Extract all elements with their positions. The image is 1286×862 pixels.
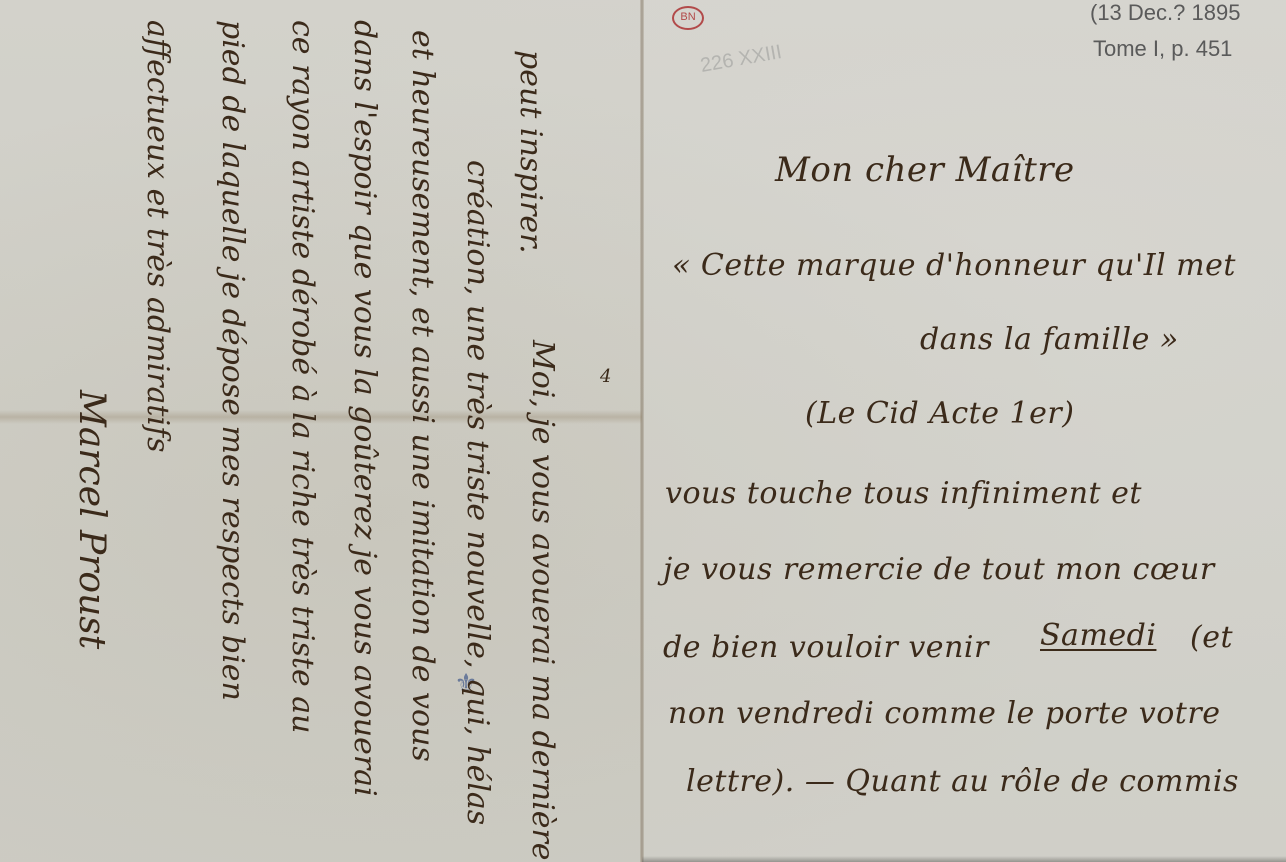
rotated-line: ce rayon artiste dérobé à la riche très …	[285, 20, 320, 733]
rotated-line: peut inspirer.	[513, 50, 548, 254]
signature: Marcel Proust	[71, 390, 112, 649]
right-page	[642, 0, 1286, 862]
letter-line: je vous remercie de tout mon cœur	[663, 552, 1215, 587]
rotated-line: affectueux et très admiratifs	[140, 20, 175, 453]
rotated-line: création, une très triste nouvelle, qui,…	[460, 160, 495, 825]
letter-line: (et	[1190, 620, 1233, 655]
library-stamp-icon: BN	[672, 6, 704, 30]
letter-line: de bien vouloir venir	[663, 630, 989, 665]
letter-line: « Cette marque d'honneur qu'Il met	[672, 248, 1236, 283]
letter-line: lettre). — Quant au rôle de commis	[686, 764, 1239, 799]
salutation: Mon cher Maître	[775, 150, 1075, 190]
letter-line: dans la famille »	[920, 322, 1179, 357]
vertical-fold-crease	[640, 0, 644, 862]
reference-annotation: Tome I, p. 451	[1093, 36, 1232, 62]
letter-line: non vendredi comme le porte votre	[668, 696, 1220, 731]
rotated-line: Moi, je vous avouerai ma dernière	[525, 340, 560, 861]
paper-bottom-edge	[642, 856, 1286, 862]
underlined-word-samedi: Samedi	[1040, 618, 1156, 653]
letter-line: (Le Cid Acte 1er)	[805, 396, 1074, 431]
letter-scan: BN 226 XXIII (13 Dec.? 1895 Tome I, p. 4…	[0, 0, 1286, 862]
rotated-line: et heureusement, et aussi une imitation …	[405, 30, 440, 762]
rotated-line: pied de laquelle je dépose mes respects …	[215, 20, 250, 701]
date-annotation: (13 Dec.? 1895	[1090, 0, 1240, 26]
page-number: 4	[600, 366, 612, 387]
letter-line: vous touche tous infiniment et	[665, 476, 1142, 511]
rotated-line: dans l'espoir que vous la goûterez je vo…	[347, 20, 382, 797]
